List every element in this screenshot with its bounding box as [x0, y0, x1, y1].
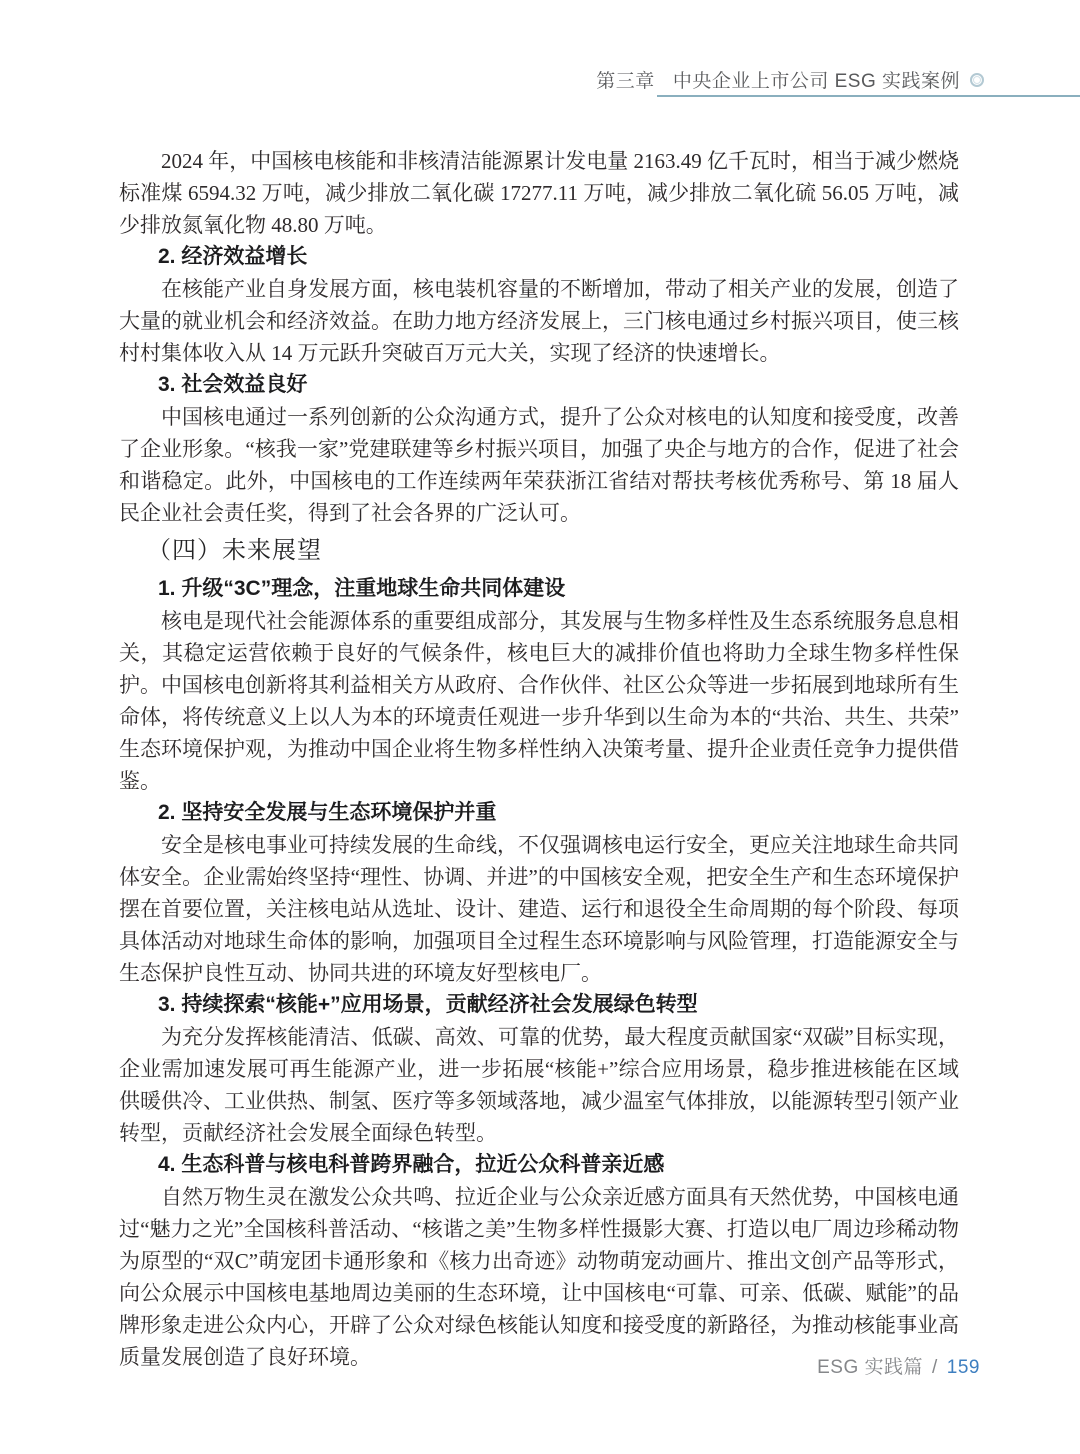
- heading-economic-benefit-growth: 2. 经济效益增长: [119, 241, 959, 273]
- page-header: 第三章 中央企业上市公司 ESG 实践案例: [0, 0, 1080, 100]
- header-rule: [657, 95, 1080, 97]
- heading-social-benefit: 3. 社会效益良好: [119, 369, 959, 401]
- page-footer: ESG 实践篇 / 159: [817, 1352, 980, 1379]
- document-page: 第三章 中央企业上市公司 ESG 实践案例 2024 年，中国核电核能和非核清洁…: [0, 0, 1080, 1454]
- header-chapter-label: 第三章: [596, 66, 655, 93]
- paragraph-economic-benefit: 在核能产业自身发展方面，核电装机容量的不断增加，带动了相关产业的发展，创造了大量…: [119, 273, 959, 369]
- footer-separator: /: [932, 1357, 938, 1379]
- paragraph-social-benefit: 中国核电通过一系列创新的公众沟通方式，提升了公众对核电的认知度和接受度，改善了企…: [119, 401, 959, 529]
- heading-3c-concept: 1. 升级“3C”理念，注重地球生命共同体建设: [119, 573, 959, 605]
- paragraph-3c-concept: 核电是现代社会能源体系的重要组成部分，其发展与生物多样性及生态系统服务息息相关，…: [119, 605, 959, 797]
- header-title-label: 中央企业上市公司 ESG 实践案例: [673, 66, 960, 93]
- section-title-future-outlook: （四）未来展望: [119, 529, 959, 573]
- running-head: 第三章 中央企业上市公司 ESG 实践案例: [596, 66, 984, 93]
- footer-section-label: ESG 实践篇: [817, 1352, 923, 1379]
- paragraph-nuclear-plus-scenarios: 为充分发挥核能清洁、低碳、高效、可靠的优势，最大程度贡献国家“双碳”目标实现，企…: [119, 1021, 959, 1149]
- ring-icon: [970, 73, 984, 87]
- paragraph-safety-eco-protection: 安全是核电事业可持续发展的生命线，不仅强调核电运行安全，更应关注地球生命共同体安…: [119, 829, 959, 989]
- heading-science-popularization: 4. 生态科普与核电科普跨界融合，拉近公众科普亲近感: [119, 1149, 959, 1181]
- paragraph-emissions-summary: 2024 年，中国核电核能和非核清洁能源累计发电量 2163.49 亿千瓦时，相…: [119, 145, 959, 241]
- page-number: 159: [947, 1357, 980, 1379]
- paragraph-science-popularization: 自然万物生灵在激发公众共鸣、拉近企业与公众亲近感方面具有天然优势，中国核电通过“…: [119, 1181, 959, 1373]
- heading-safety-eco-protection: 2. 坚持安全发展与生态环境保护并重: [119, 797, 959, 829]
- heading-nuclear-plus-scenarios: 3. 持续探索“核能+”应用场景，贡献经济社会发展绿色转型: [119, 989, 959, 1021]
- page-body: 2024 年，中国核电核能和非核清洁能源累计发电量 2163.49 亿千瓦时，相…: [119, 145, 959, 1373]
